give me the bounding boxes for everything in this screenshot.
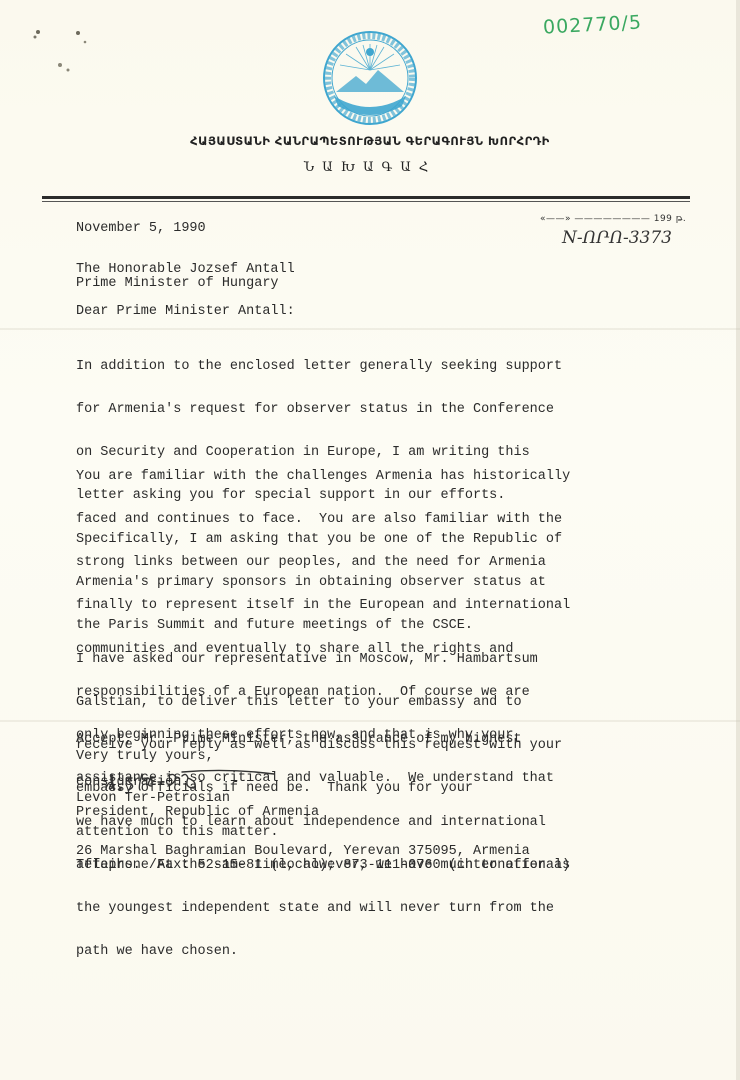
handwritten-reference-number: N-ՈՐՈ-3373 xyxy=(562,228,672,248)
text-line: finally to represent itself in the Europ… xyxy=(76,599,570,613)
telephone-fax: Telephone/Fax: 52-15-81 (local); 873-111… xyxy=(76,859,570,873)
text-line: I have asked our representative in Mosco… xyxy=(76,653,562,667)
letter-page: 002770/5 ՀԱՅԱՍՏԱՆԻ ՀԱՆՐԱՊԵՏՈՒԹՅԱՆ ԳԵՐԱԳՈ… xyxy=(0,0,740,1080)
text-line: faced and continues to face. You are als… xyxy=(76,513,570,527)
letterhead-title: ՆԱԽԱԳԱՀ xyxy=(0,160,740,175)
letter-date: November 5, 1990 xyxy=(76,222,206,236)
signer-title: President, Republic of Armenia xyxy=(76,806,319,820)
text-line: the youngest independent state and will … xyxy=(76,902,570,916)
text-line: path we have chosen. xyxy=(76,945,570,959)
recipient-name: The Honorable Jozsef Antall xyxy=(76,263,295,277)
archive-number: 002770/5 xyxy=(542,11,642,38)
text-line: Accept, Mr. Prime Minister, the assuranc… xyxy=(76,733,522,747)
ink-smudge-icon xyxy=(30,25,90,85)
text-line: In addition to the enclosed letter gener… xyxy=(76,360,562,374)
letterhead-institution: ՀԱՅԱՍՏԱՆԻ ՀԱՆՐԱՊԵՏՈՒԹՅԱՆ ԳԵՐԱԳՈՒՅՆ ԽՈՐՀՐ… xyxy=(0,134,740,148)
recipient-block: The Honorable Jozsef AntallPrime Ministe… xyxy=(76,263,295,292)
salutation: Dear Prime Minister Antall: xyxy=(76,305,295,319)
recipient-title: Prime Minister of Hungary xyxy=(76,277,295,291)
text-line: attention to this matter. xyxy=(76,826,562,840)
printed-date-field: «——» ———————— 199 թ. xyxy=(540,214,686,224)
coat-of-arms-emblem-icon xyxy=(322,30,418,126)
letterhead-rule xyxy=(42,196,690,199)
letterhead-rule-thin xyxy=(42,201,690,202)
paper-fold xyxy=(0,328,740,330)
text-line: for Armenia's request for observer statu… xyxy=(76,403,562,417)
closing: Very truly yours, xyxy=(76,750,214,764)
text-line: You are familiar with the challenges Arm… xyxy=(76,470,570,484)
text-line: strong links between our peoples, and th… xyxy=(76,556,570,570)
